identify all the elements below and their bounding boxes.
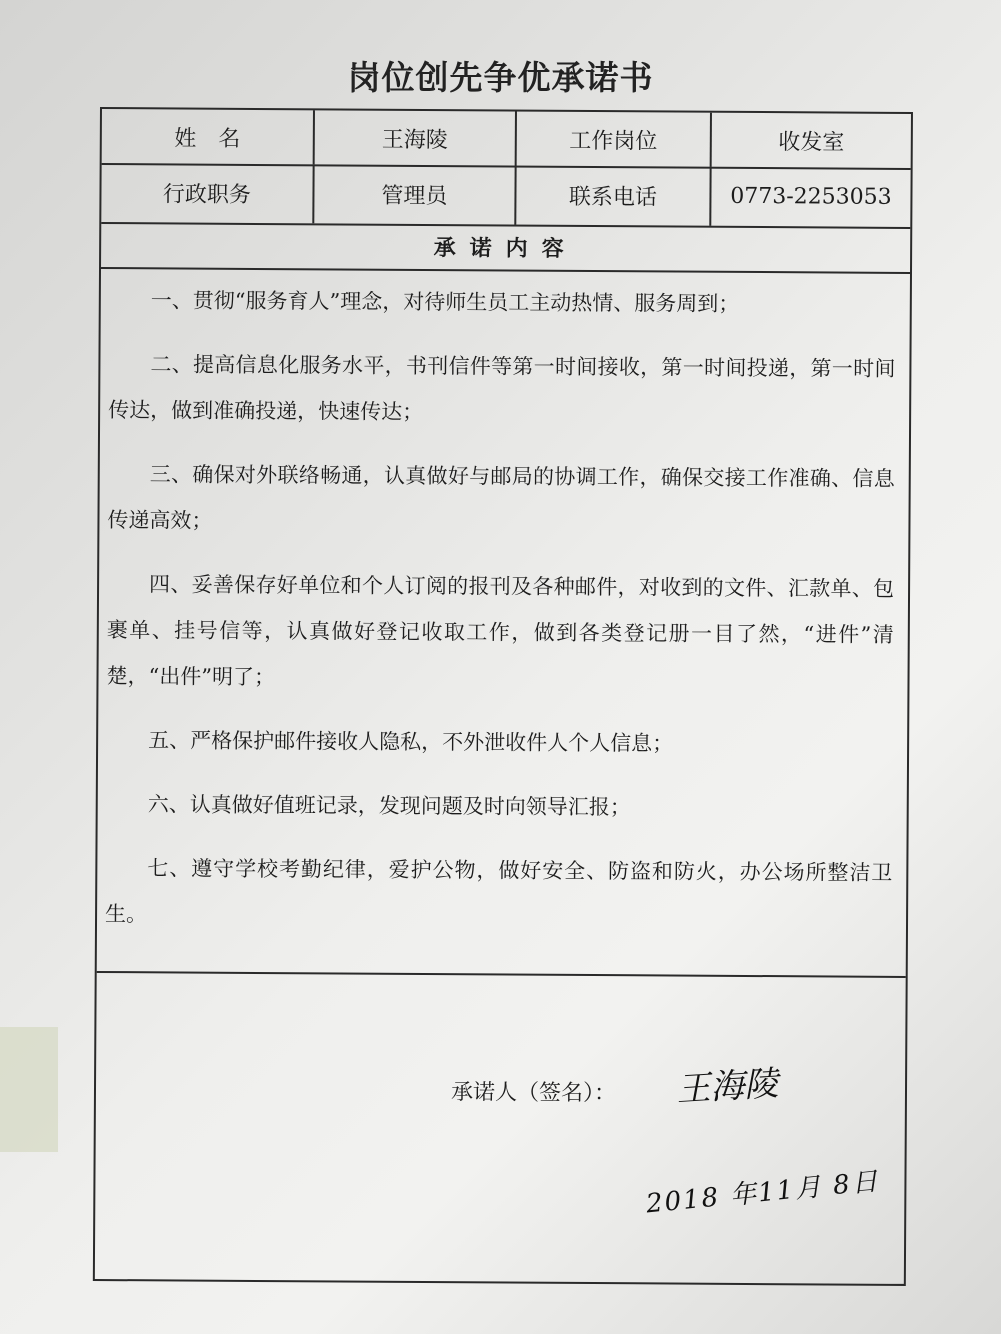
duty-value: 管理员 (314, 164, 516, 224)
signature-section: 承诺人（签名）： 王海陵 2018 年11月 8日 (95, 971, 906, 1288)
commitment-item: 三、确保对外联络畅通，认真做好与邮局的协调工作，确保交接工作准确、信息传递高效； (107, 451, 895, 548)
info-row-1: 姓 名 王海陵 工作岗位 收发室 (102, 109, 911, 170)
commitment-form: 姓 名 王海陵 工作岗位 收发室 行政职务 管理员 联系电话 0773-2253… (93, 107, 913, 1286)
name-label: 姓 名 (102, 109, 315, 164)
commitment-item: 一、贯彻“服务育人”理念，对待师生员工主动热情、服务周到； (109, 277, 896, 328)
handwritten-date: 2018 年11月 8日 (644, 1161, 881, 1221)
commitment-item: 七、遵守学校考勤纪律，爱护公物，做好安全、防盗和防火，办公场所整洁卫生。 (105, 845, 893, 942)
commitment-item: 六、认真做好值班记录，发现问题及时向领导汇报； (106, 781, 893, 832)
duty-label: 行政职务 (101, 163, 314, 223)
commitment-item: 五、严格保护邮件接收人隐私，不外泄收件人个人信息； (106, 717, 893, 768)
info-row-2: 行政职务 管理员 联系电话 0773-2253053 (101, 163, 910, 229)
name-value: 王海陵 (315, 110, 517, 165)
position-value: 收发室 (712, 113, 911, 168)
document-title: 岗位创先争优承诺书 (0, 52, 1001, 99)
signature-label: 承诺人（签名）： (451, 1075, 616, 1107)
phone-value: 0773-2253053 (711, 167, 910, 227)
position-label: 工作岗位 (517, 112, 712, 167)
phone-label: 联系电话 (516, 166, 711, 226)
tape-strip (0, 1027, 58, 1152)
commitment-item: 二、提高信息化服务水平，书刊信件等第一时间接收，第一时间投递，第一时间传达，做到… (108, 341, 896, 438)
handwritten-signature: 王海陵 (675, 1056, 780, 1111)
section-heading: 承诺内容 (101, 222, 910, 272)
commitment-item: 四、妥善保存好单位和个人订阅的报刊及各种邮件，对收到的文件、汇款单、包裹单、挂号… (106, 561, 894, 704)
commitment-list: 一、贯彻“服务育人”理念，对待师生员工主动热情、服务周到； 二、提高信息化服务水… (105, 277, 896, 960)
section-heading-row: 承诺内容 (101, 222, 910, 274)
